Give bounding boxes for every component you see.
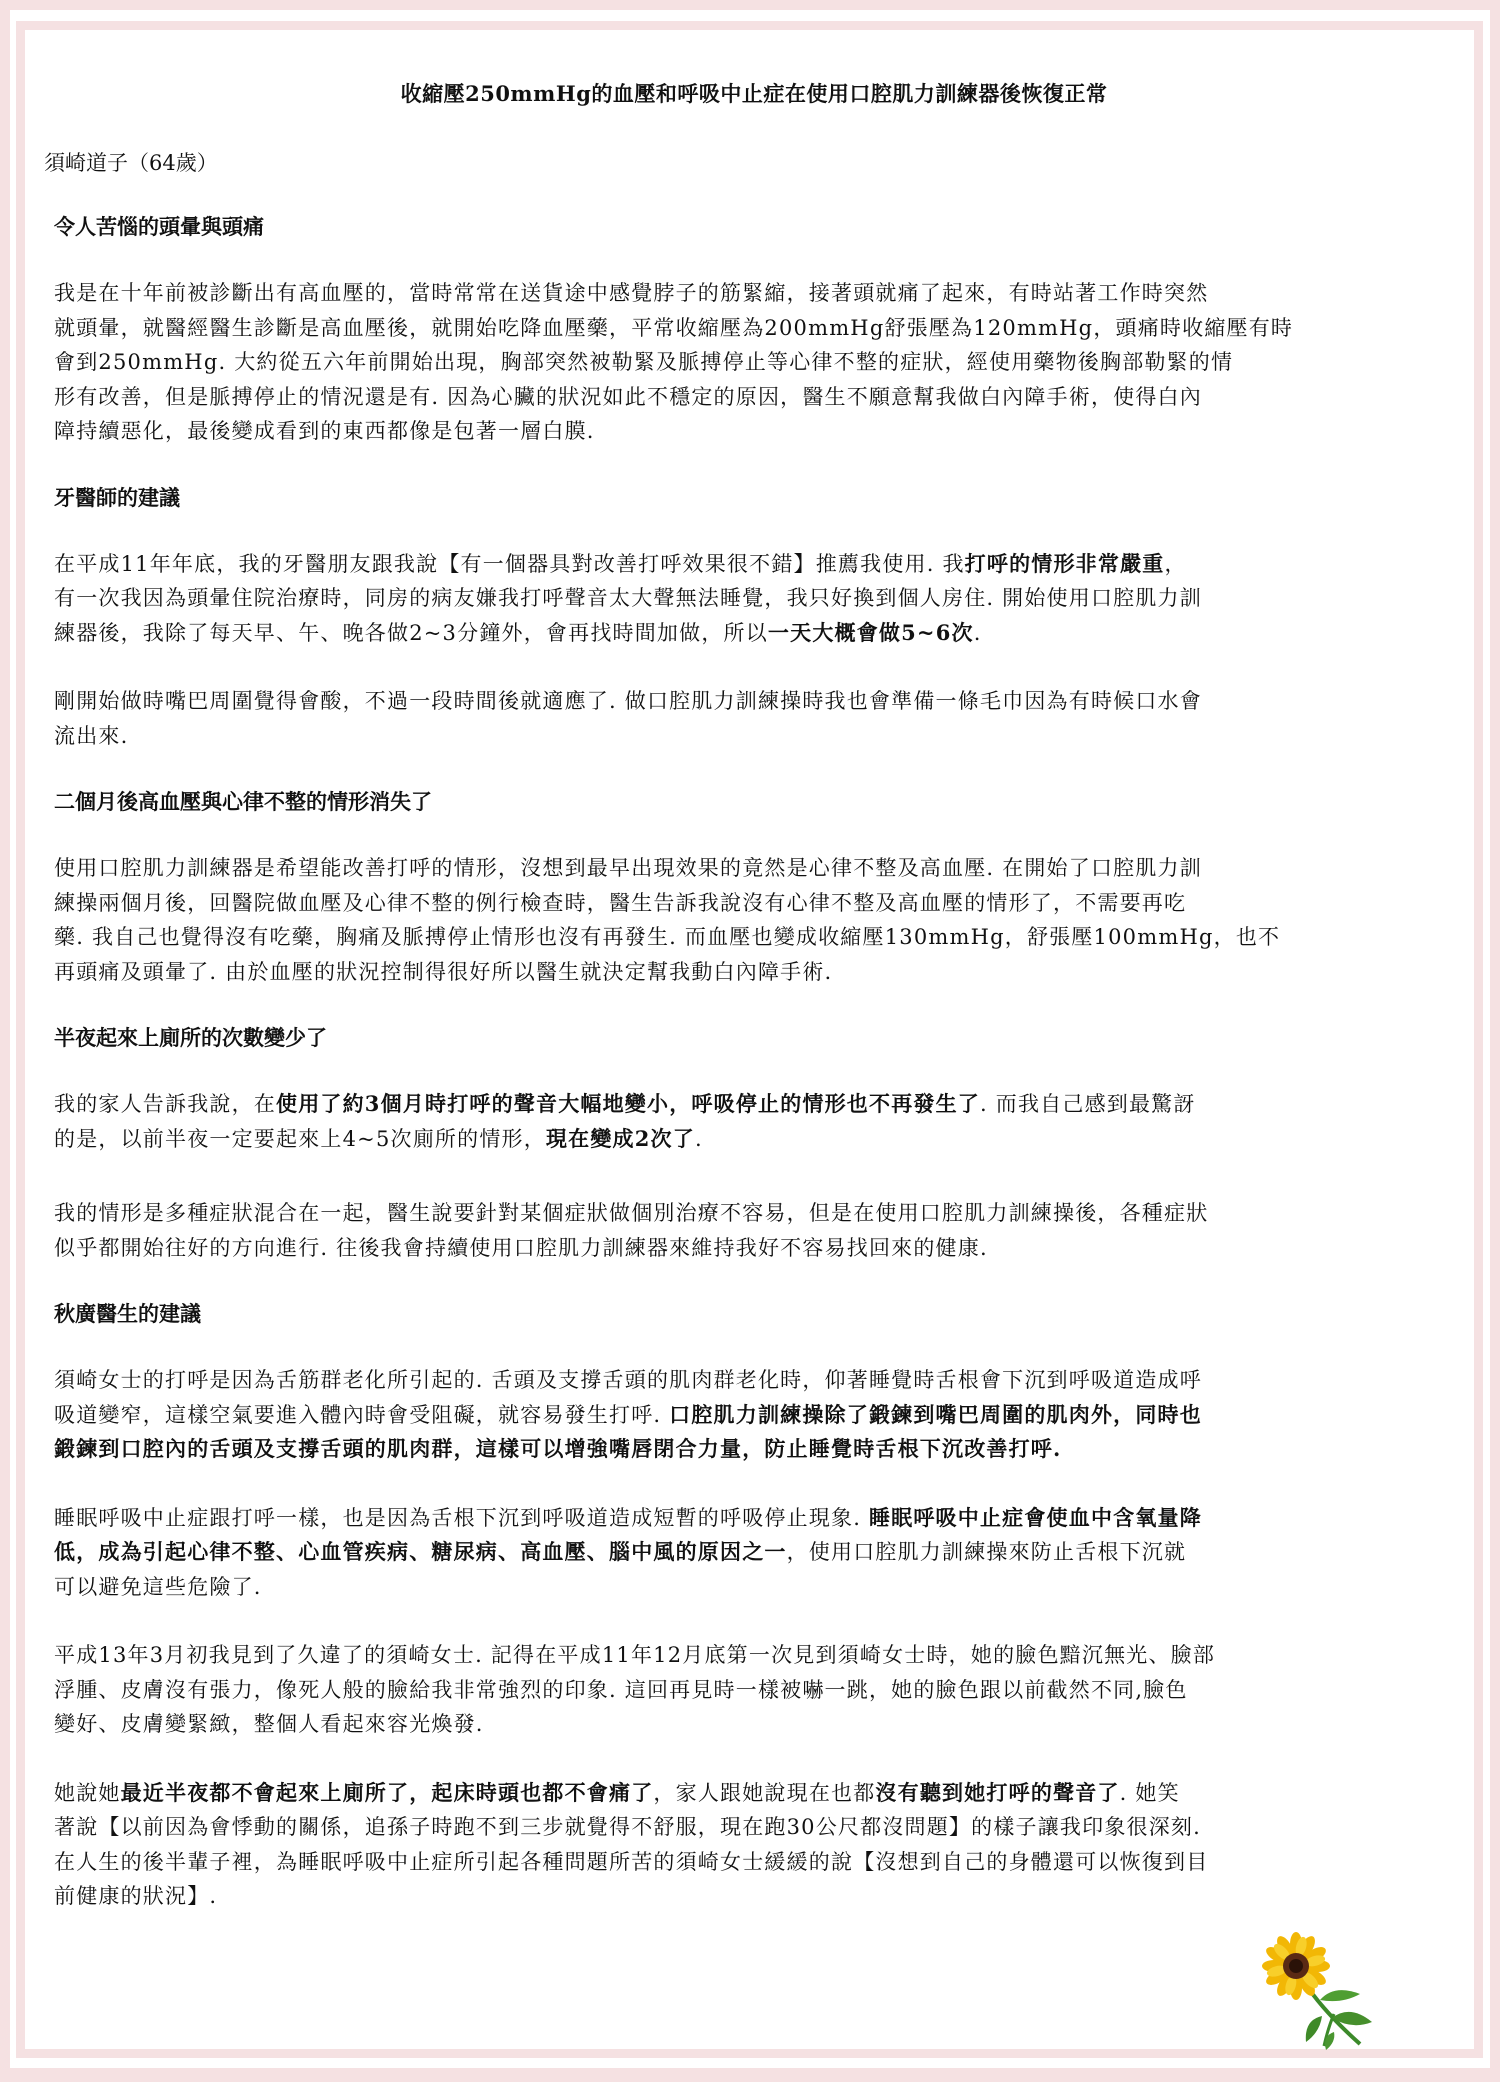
text-line: 我的家人告訴我說，在使用了約3個月時打呼的聲音大幅地變小，呼吸停止的情形也不再發… [54,1087,1454,1122]
body-text: ，使用口腔肌力訓練操來防止舌根下沉就 [787,1540,1187,1564]
body-text: 藥. 我自己也覺得沒有吃藥，胸痛及脈搏停止情形也沒有再發生. 而血壓也變成收縮壓… [54,925,1280,949]
text-line: 藥. 我自己也覺得沒有吃藥，胸痛及脈搏停止情形也沒有再發生. 而血壓也變成收縮壓… [54,920,1454,955]
text-line: 我的情形是多種症狀混合在一起，醫生說要針對某個症狀做個別治療不容易，但是在使用口… [54,1196,1454,1231]
emphasis-text: 現在變成2次了 [546,1126,695,1151]
body-text: 變好、皮膚變緊緻，整個人看起來容光煥發. [54,1712,484,1736]
emphasis-text: 打呼的情形非常嚴重 [965,551,1165,576]
text-line: 鍛鍊到口腔內的舌頭及支撐舌頭的肌肉群，這樣可以增強嘴唇閉合力量，防止睡覺時舌根下… [54,1432,1454,1467]
article: 收縮壓250mmHg的血壓和呼吸中止症在使用口腔肌力訓練器後恢復正常 須崎道子（… [54,74,1454,1914]
text-line: 流出來. [54,719,1454,754]
text-line: 她說她最近半夜都不會起來上廁所了，起床時頭也都不會痛了，家人跟她說現在也都沒有聽… [54,1776,1454,1811]
text-line: 剛開始做時嘴巴周圍覺得會酸，不過一段時間後就適應了. 做口腔肌力訓練操時我也會準… [54,684,1454,719]
body-text: 我的家人告訴我說，在 [54,1092,276,1116]
section-heading-night-bathroom: 半夜起來上廁所的次數變少了 [54,1023,1454,1053]
text-line: 睡眠呼吸中止症跟打呼一樣，也是因為舌根下沉到呼吸道造成短暫的呼吸停止現象. 睡眠… [54,1501,1454,1536]
emphasis-text: 使用了約3個月時打呼的聲音大幅地變小，呼吸停止的情形也不再發生了 [276,1091,980,1116]
body-text: 障持續惡化，最後變成看到的東西都像是包著一層白膜. [54,419,595,443]
section-heading-dentist-advice: 牙醫師的建議 [54,483,1454,513]
text-line: 前健康的狀況】. [54,1879,1454,1914]
text-line: 在人生的後半輩子裡，為睡眠呼吸中止症所引起各種問題所苦的須崎女士緩緩的說【沒想到… [54,1845,1454,1880]
body-text: 流出來. [54,724,128,748]
text-line: 吸道變窄，這樣空氣要進入體內時會受阻礙，就容易發生打呼. 口腔肌力訓練操除了鍛鍊… [54,1398,1454,1433]
body-text: 就頭暈，就醫經醫生診斷是高血壓後，就開始吃降血壓藥，平常收縮壓為200mmHg舒… [54,316,1293,340]
text-line: 練操兩個月後，回醫院做血壓及心律不整的例行檢查時，醫生告訴我說沒有心律不整及高血… [54,886,1454,921]
body-text: 在人生的後半輩子裡，為睡眠呼吸中止症所引起各種問題所苦的須崎女士緩緩的說【沒想到… [54,1850,1208,1874]
emphasis-text: 睡眠呼吸中止症會使血中含氧量降 [869,1505,1202,1530]
paragraph: 使用口腔肌力訓練器是希望能改善打呼的情形，沒想到最早出現效果的竟然是心律不整及高… [54,851,1454,989]
text-line: 須崎女士的打呼是因為舌筋群老化所引起的. 舌頭及支撐舌頭的肌肉群老化時，仰著睡覺… [54,1363,1454,1398]
body-text: 似乎都開始往好的方向進行. 往後我會持續使用口腔肌力訓練器來維持我好不容易找回來… [54,1236,988,1260]
section-heading-two-months-later: 二個月後高血壓與心律不整的情形消失了 [54,787,1454,817]
text-line: 形有改善，但是脈搏停止的情況還是有. 因為心臟的狀況如此不穩定的原因，醫生不願意… [54,380,1454,415]
body-text: 平成13年3月初我見到了久違了的須崎女士. 記得在平成11年12月底第一次見到須… [54,1643,1215,1667]
body-text: 練器後，我除了每天早、午、晚各做2~3分鐘外，會再找時間加做，所以 [54,621,768,645]
paragraph: 睡眠呼吸中止症跟打呼一樣，也是因為舌根下沉到呼吸道造成短暫的呼吸停止現象. 睡眠… [54,1501,1454,1605]
body-text: . [695,1127,703,1151]
text-line: 練器後，我除了每天早、午、晚各做2~3分鐘外，會再找時間加做，所以一天大概會做5… [54,616,1454,651]
text-line: 似乎都開始往好的方向進行. 往後我會持續使用口腔肌力訓練器來維持我好不容易找回來… [54,1231,1454,1266]
body-text: 須崎女士的打呼是因為舌筋群老化所引起的. 舌頭及支撐舌頭的肌肉群老化時，仰著睡覺… [54,1368,1202,1392]
text-line: 就頭暈，就醫經醫生診斷是高血壓後，就開始吃降血壓藥，平常收縮壓為200mmHg舒… [54,311,1454,346]
emphasis-text: 沒有聽到她打呼的聲音了 [875,1780,1119,1805]
body-text: 我是在十年前被診斷出有高血壓的，當時常常在送貨途中感覺脖子的筋緊縮，接著頭就痛了… [54,281,1208,305]
article-title: 收縮壓250mmHg的血壓和呼吸中止症在使用口腔肌力訓練器後恢復正常 [54,74,1454,114]
body-text: 有一次我因為頭暈住院治療時，同房的病友嫌我打呼聲音太大聲無法睡覺，我只好換到個人… [54,586,1202,610]
body-text: 形有改善，但是脈搏停止的情況還是有. 因為心臟的狀況如此不穩定的原因，醫生不願意… [54,385,1202,409]
author-line: 須崎道子（64歲） [44,148,1454,178]
section-heading-dizziness: 令人苦惱的頭暈與頭痛 [54,212,1454,242]
body-text: 在平成11年年底，我的牙醫朋友跟我說【有一個器具對改善打呼效果很不錯】推薦我使用… [54,552,965,576]
paragraph: 剛開始做時嘴巴周圍覺得會酸，不過一段時間後就適應了. 做口腔肌力訓練操時我也會準… [54,684,1454,753]
body-text: ， [1164,552,1186,576]
text-line: 的是，以前半夜一定要起來上4~5次廁所的情形，現在變成2次了. [54,1122,1454,1157]
paragraph: 平成13年3月初我見到了久違了的須崎女士. 記得在平成11年12月底第一次見到須… [54,1638,1454,1742]
body-text: 使用口腔肌力訓練器是希望能改善打呼的情形，沒想到最早出現效果的竟然是心律不整及高… [54,856,1202,880]
body-text: 睡眠呼吸中止症跟打呼一樣，也是因為舌根下沉到呼吸道造成短暫的呼吸停止現象. [54,1506,869,1530]
body-text: . 她笑 [1120,1781,1180,1805]
body-text: 她說她 [54,1781,121,1805]
text-line: 會到250mmHg. 大約從五六年前開始出現，胸部突然被勒緊及脈搏停止等心律不整… [54,345,1454,380]
paragraph: 她說她最近半夜都不會起來上廁所了，起床時頭也都不會痛了，家人跟她說現在也都沒有聽… [54,1776,1454,1914]
body-text: 可以避免這些危險了. [54,1575,262,1599]
body-text: 前健康的狀況】. [54,1884,217,1908]
body-text: 會到250mmHg. 大約從五六年前開始出現，胸部突然被勒緊及脈搏停止等心律不整… [54,350,1233,374]
emphasis-text: 口腔肌力訓練操除了鍛鍊到嘴巴周圍的肌肉外，同時也 [669,1402,1202,1427]
emphasis-text: 低，成為引起心律不整、心血管疾病、糖尿病、高血壓、腦中風的原因之一 [54,1539,787,1564]
emphasis-text: 最近半夜都不會起來上廁所了，起床時頭也都不會痛了 [121,1780,654,1805]
paragraph: 我的情形是多種症狀混合在一起，醫生說要針對某個症狀做個別治療不容易，但是在使用口… [54,1196,1454,1265]
section-heading-doctor-advice: 秋廣醫生的建議 [54,1299,1454,1329]
text-line: 變好、皮膚變緊緻，整個人看起來容光煥發. [54,1707,1454,1742]
body-text: 再頭痛及頭暈了. 由於血壓的狀況控制得很好所以醫生就決定幫我動白內障手術. [54,960,832,984]
body-text: . [974,621,982,645]
text-line: 有一次我因為頭暈住院治療時，同房的病友嫌我打呼聲音太大聲無法睡覺，我只好換到個人… [54,581,1454,616]
text-line: 可以避免這些危險了. [54,1570,1454,1605]
emphasis-text: 鍛鍊到口腔內的舌頭及支撐舌頭的肌肉群，這樣可以增強嘴唇閉合力量，防止睡覺時舌根下… [54,1436,1062,1461]
paragraph: 我是在十年前被診斷出有高血壓的，當時常常在送貨途中感覺脖子的筋緊縮，接著頭就痛了… [54,276,1454,449]
text-line: 在平成11年年底，我的牙醫朋友跟我說【有一個器具對改善打呼效果很不錯】推薦我使用… [54,547,1454,582]
emphasis-text: 一天大概會做5~6次 [768,620,974,645]
text-line: 浮腫、皮膚沒有張力，像死人般的臉給我非常強烈的印象. 這回再見時一樣被嚇一跳，她… [54,1673,1454,1708]
body-text: 著說【以前因為會悸動的關係，追孫子時跑不到三步就覺得不舒服，現在跑30公尺都沒問… [54,1815,1201,1839]
paragraph: 須崎女士的打呼是因為舌筋群老化所引起的. 舌頭及支撐舌頭的肌肉群老化時，仰著睡覺… [54,1363,1454,1467]
body-text: ，家人跟她說現在也都 [653,1781,875,1805]
text-line: 使用口腔肌力訓練器是希望能改善打呼的情形，沒想到最早出現效果的竟然是心律不整及高… [54,851,1454,886]
body-text: . 而我自己感到最驚訝 [980,1092,1196,1116]
sunflower-icon [1262,1932,1382,2050]
text-line: 著說【以前因為會悸動的關係，追孫子時跑不到三步就覺得不舒服，現在跑30公尺都沒問… [54,1810,1454,1845]
paragraph: 我的家人告訴我說，在使用了約3個月時打呼的聲音大幅地變小，呼吸停止的情形也不再發… [54,1087,1454,1156]
paragraph: 在平成11年年底，我的牙醫朋友跟我說【有一個器具對改善打呼效果很不錯】推薦我使用… [54,547,1454,651]
text-line: 再頭痛及頭暈了. 由於血壓的狀況控制得很好所以醫生就決定幫我動白內障手術. [54,955,1454,990]
text-line: 平成13年3月初我見到了久違了的須崎女士. 記得在平成11年12月底第一次見到須… [54,1638,1454,1673]
text-line: 低，成為引起心律不整、心血管疾病、糖尿病、高血壓、腦中風的原因之一，使用口腔肌力… [54,1535,1454,1570]
body-text: 的是，以前半夜一定要起來上4~5次廁所的情形， [54,1127,546,1151]
body-text: 剛開始做時嘴巴周圍覺得會酸，不過一段時間後就適應了. 做口腔肌力訓練操時我也會準… [54,689,1202,713]
body-text: 練操兩個月後，回醫院做血壓及心律不整的例行檢查時，醫生告訴我說沒有心律不整及高血… [54,891,1186,915]
text-line: 我是在十年前被診斷出有高血壓的，當時常常在送貨途中感覺脖子的筋緊縮，接著頭就痛了… [54,276,1454,311]
body-text: 吸道變窄，這樣空氣要進入體內時會受阻礙，就容易發生打呼. [54,1403,669,1427]
body-text: 浮腫、皮膚沒有張力，像死人般的臉給我非常強烈的印象. 這回再見時一樣被嚇一跳，她… [54,1678,1188,1702]
body-text: 我的情形是多種症狀混合在一起，醫生說要針對某個症狀做個別治療不容易，但是在使用口… [54,1201,1208,1225]
text-line: 障持續惡化，最後變成看到的東西都像是包著一層白膜. [54,414,1454,449]
